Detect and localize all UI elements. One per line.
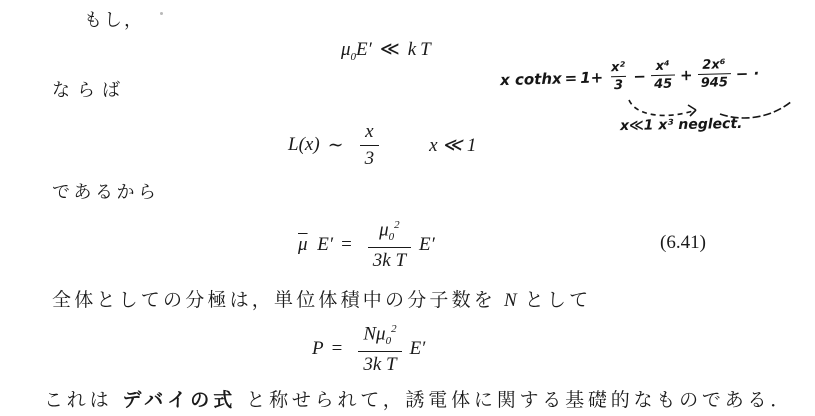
sentence-before-emphasis: これは	[44, 390, 112, 411]
polarization-sentence: 全体としての分極は，単位体積中の分子数をNとして	[52, 285, 591, 312]
k-symbol: k	[408, 39, 416, 60]
hand-trailing-dots: − ·	[735, 64, 759, 83]
equals-sign: =	[333, 234, 360, 256]
equation-debye-polarization: P = Nμ02 3k T E′	[312, 324, 425, 375]
text-naraba: ならば	[52, 76, 127, 102]
scan-speck	[160, 12, 163, 15]
n-variable: N	[504, 290, 517, 311]
hand-first-terms: 1+	[580, 68, 603, 87]
equation-condition: μ0E′≪kT	[341, 38, 431, 63]
langevin-lhs: L(x)	[288, 134, 320, 156]
e-prime-left: E′	[317, 234, 333, 255]
hand-fraction-2: x⁴ 45	[650, 60, 675, 92]
hand-equals: =	[564, 69, 577, 87]
fraction-denominator: 3k T	[368, 247, 411, 271]
sentence-after-n: として	[525, 290, 592, 311]
sentence-after-emphasis: と称せられて，誘電体に関する基礎的なものである．	[246, 390, 793, 411]
e-prime: E′	[410, 338, 426, 360]
text-dearukara: であるから	[52, 178, 160, 204]
equation-number-6-41: (6.41)	[660, 232, 706, 254]
sentence-before-n: 全体としての分極は，単位体積中の分子数を	[52, 290, 496, 311]
hand-minus: −	[633, 67, 646, 85]
mu0-squared-over-3kt-fraction: μ02 3k T	[368, 220, 411, 271]
p-symbol: P	[312, 338, 324, 360]
tilde-operator: ∼	[320, 134, 352, 157]
hand-plus: +	[680, 66, 693, 84]
much-less-than-symbol: ≪	[372, 39, 408, 60]
handwritten-annotation: x cothx = 1+ x² 3 − x⁴ 45 + 2x⁶ 945 − · …	[500, 60, 815, 146]
text-moshi: もし，	[84, 6, 144, 32]
fraction-denominator: 3k T	[358, 351, 401, 375]
hand-neglect-note: x≪1 x³ neglect.	[620, 116, 743, 134]
hand-lhs: x cothx	[500, 69, 562, 89]
e-prime-right: E′	[419, 234, 435, 256]
x-over-3-fraction: x 3	[360, 122, 380, 169]
side-condition: x ≪ 1	[429, 134, 476, 157]
debye-equation-emphasis: デバイの式	[122, 390, 236, 411]
debye-sentence: これはデバイの式と称せられて，誘電体に関する基礎的なものである．	[44, 385, 793, 412]
scanned-textbook-page: { "page": {"background": "#ffffff", "ink…	[0, 0, 815, 416]
equals-sign: =	[324, 338, 351, 360]
hand-fraction-3: 2x⁶ 945	[697, 58, 731, 90]
equation-langevin-approx: L(x) ∼ x 3 x ≪ 1	[288, 122, 476, 169]
e-prime: E′	[356, 39, 372, 60]
handwritten-series-equation: x cothx = 1+ x² 3 − x⁴ 45 + 2x⁶ 945 − ·	[500, 56, 815, 95]
fraction-numerator: μ02	[374, 220, 405, 247]
fraction-numerator: Nμ02	[358, 324, 401, 351]
t-symbol: T	[420, 39, 431, 60]
hand-fraction-1: x² 3	[608, 61, 629, 93]
n-mu0-squared-over-3kt-fraction: Nμ02 3k T	[358, 324, 401, 375]
mu-symbol: μ	[341, 39, 351, 60]
equation-mean-moment: μ E′ = μ02 3k T E′	[298, 220, 435, 271]
mu-bar-symbol: μ	[298, 234, 308, 255]
mu-bar-group: μ E′	[298, 234, 333, 256]
